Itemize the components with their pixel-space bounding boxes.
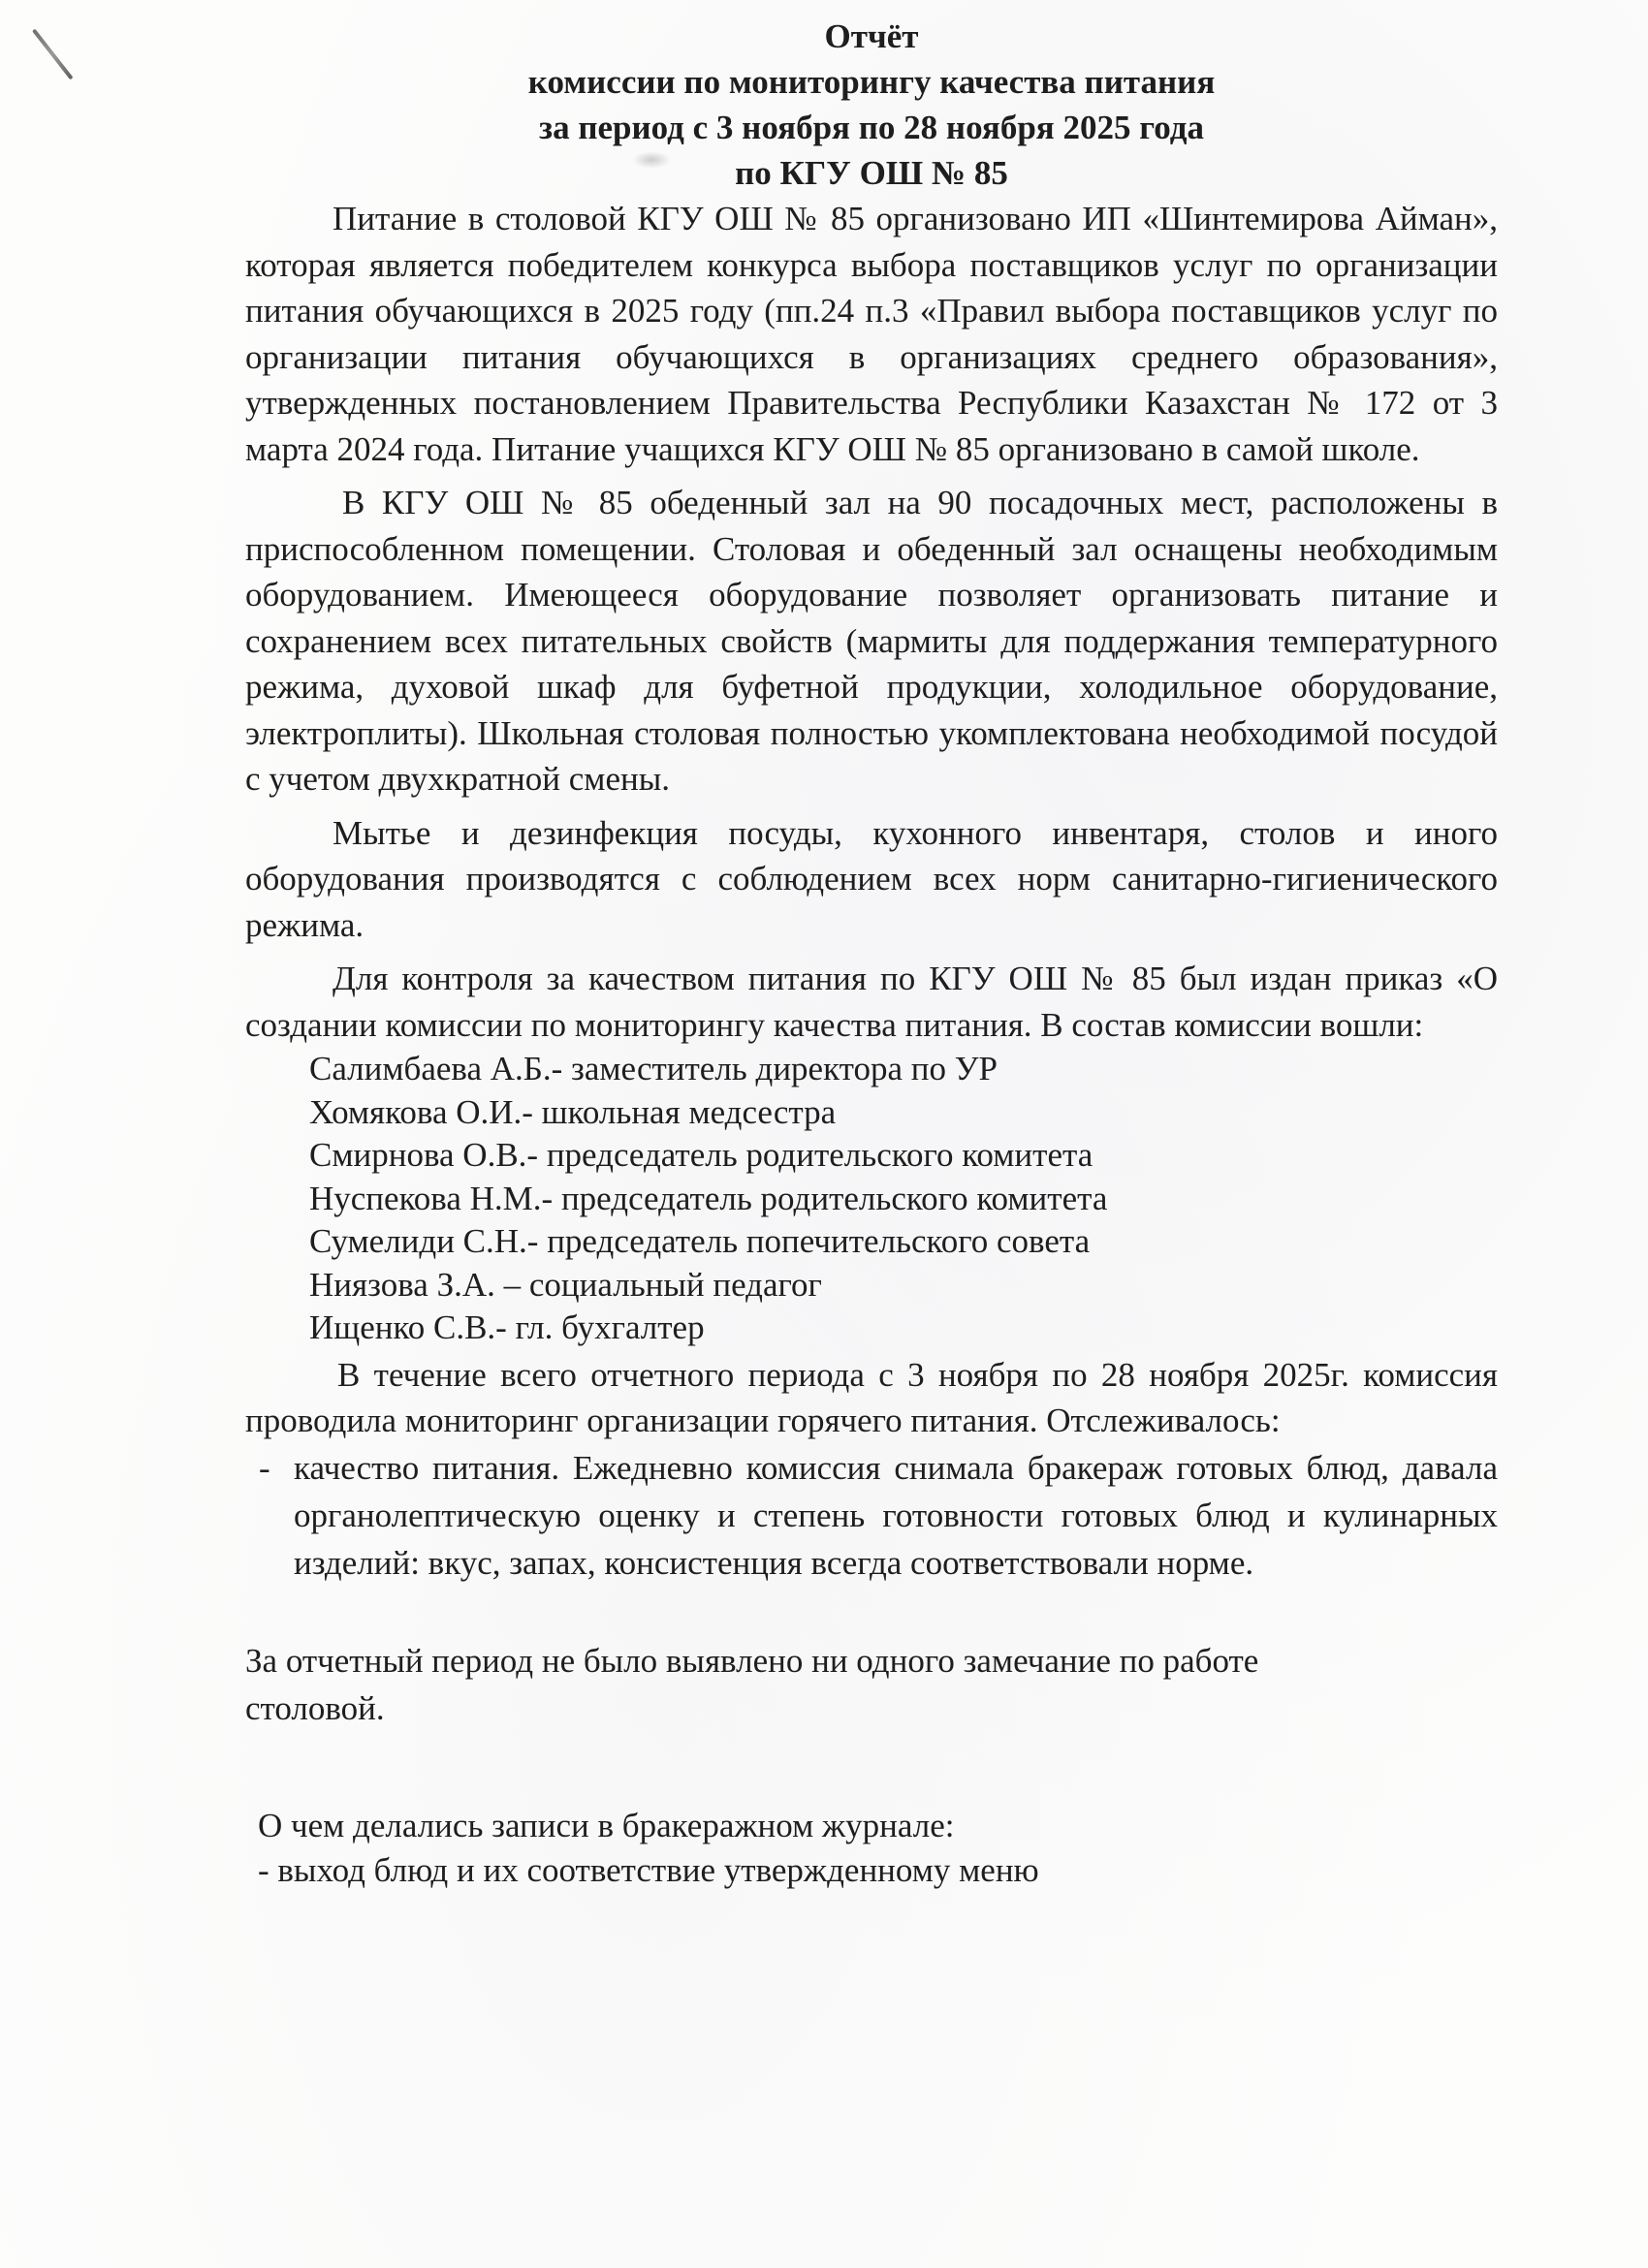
title-school: по КГУ ОШ № 85	[245, 150, 1498, 196]
paragraph-commission-order: Для контроля за качеством питания по КГУ…	[245, 956, 1498, 1048]
journal-intro: О чем делались записи в бракеражном журн…	[258, 1804, 1498, 1848]
title-commission: комиссии по мониторингу качества питания	[245, 59, 1498, 105]
list-dash: -	[259, 1444, 270, 1492]
staple-mark	[32, 29, 74, 80]
member-item: Сумелиди С.Н.- председатель попечительск…	[309, 1220, 1498, 1264]
member-item: Ниязова З.А. – социальный педагог	[309, 1264, 1498, 1307]
document-body: Отчёт комиссии по мониторингу качества п…	[245, 14, 1498, 1893]
tracked-item: - качество питания. Ежедневно комиссия с…	[245, 1444, 1498, 1587]
paragraph-sanitation: Мытье и дезинфекция посуды, кухонного ин…	[245, 810, 1498, 949]
document-header: Отчёт комиссии по мониторингу качества п…	[245, 14, 1498, 196]
member-item: Салимбаева А.Б.- заместитель директора п…	[309, 1048, 1498, 1091]
member-item: Хомякова О.И.- школьная медсестра	[309, 1091, 1498, 1135]
scanned-page: Отчёт комиссии по мониторингу качества п…	[0, 0, 1648, 2268]
journal-section: О чем делались записи в бракеражном журн…	[245, 1804, 1498, 1893]
member-item: Ищенко С.В.- гл. бухгалтер	[309, 1307, 1498, 1350]
title-report: Отчёт	[245, 14, 1498, 59]
member-item: Нуспекова Н.М.- председатель родительско…	[309, 1178, 1498, 1221]
tracked-items-list: - качество питания. Ежедневно комиссия с…	[245, 1444, 1498, 1587]
paragraph-organization: Питание в столовой КГУ ОШ № 85 организов…	[245, 196, 1498, 472]
paragraph-dining-hall: В КГУ ОШ № 85 обеденный зал на 90 посадо…	[245, 480, 1498, 803]
commission-members-list: Салимбаева А.Б.- заместитель директора п…	[245, 1048, 1498, 1350]
journal-item: - выход блюд и их соответствие утвержден…	[258, 1848, 1498, 1893]
paragraph-monitoring-period: В течение всего отчетного периода с 3 но…	[245, 1352, 1498, 1444]
paragraph-summary: За отчетный период не было выявлено ни о…	[245, 1637, 1389, 1732]
title-period: за период с 3 ноября по 28 ноября 2025 г…	[245, 105, 1498, 150]
tracked-item-text: качество питания. Ежедневно комиссия сни…	[294, 1449, 1498, 1582]
member-item: Смирнова О.В.- председатель родительског…	[309, 1134, 1498, 1178]
